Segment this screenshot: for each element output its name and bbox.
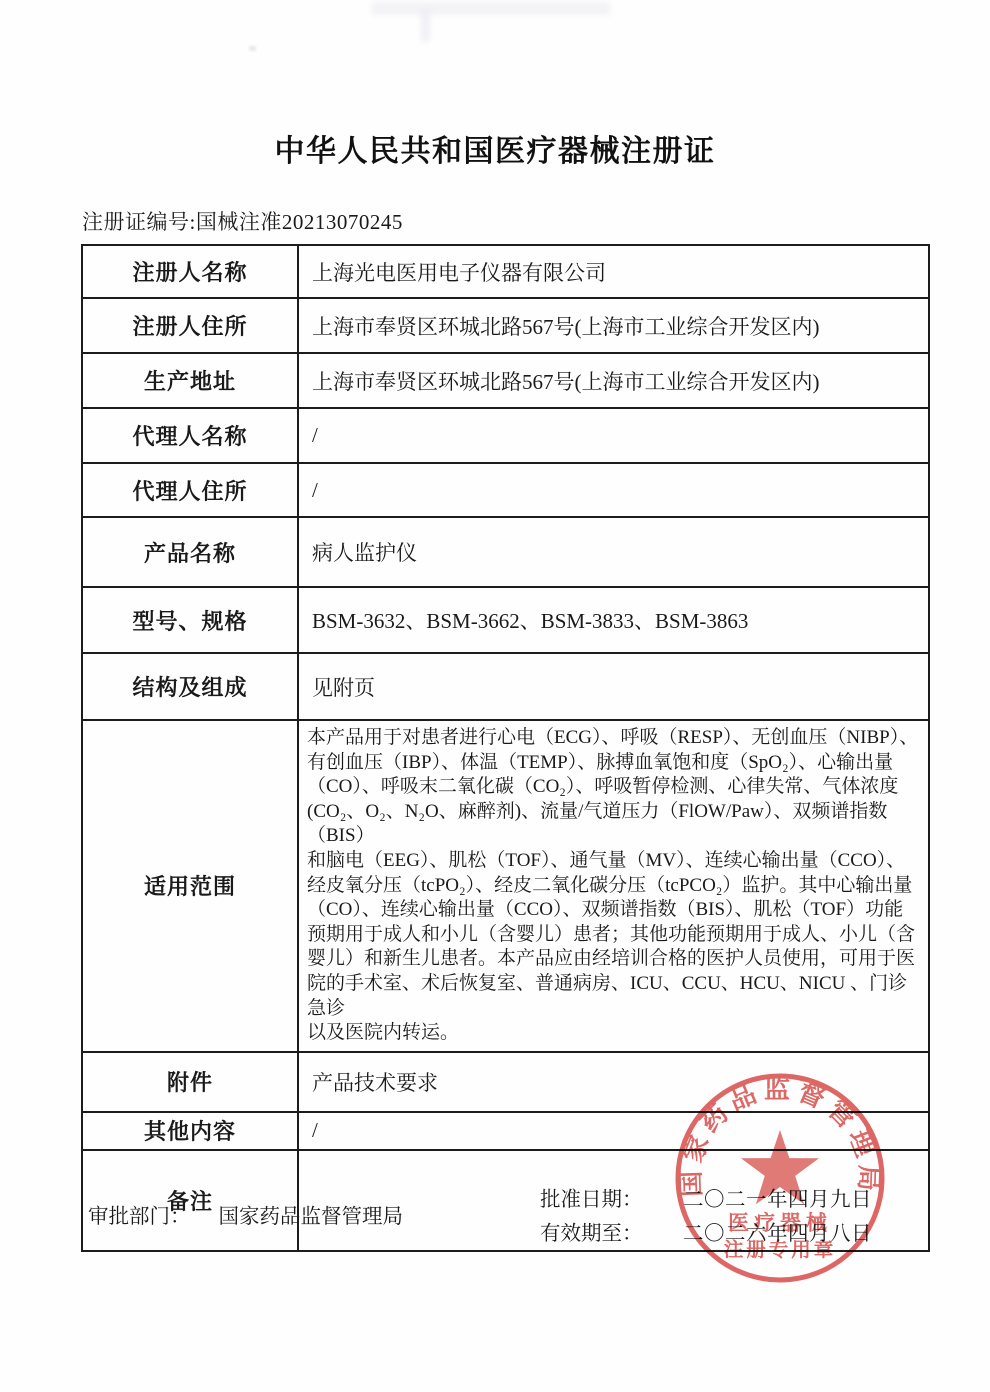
row-value-product-name: 病人监护仪 <box>298 517 929 587</box>
approval-date-label: 批准日期： <box>540 1182 683 1212</box>
row-value-agent-address: / <box>298 463 929 517</box>
approval-date: 批准日期： 二〇二一年四月九日 <box>540 1182 872 1212</box>
expiry-date-value: 二〇二六年四月八日 <box>683 1216 872 1246</box>
table-row: 附件 产品技术要求 <box>82 1052 929 1112</box>
row-label-attachment: 附件 <box>82 1052 298 1112</box>
row-value-registrant-address: 上海市奉贤区环城北路567号(上海市工业综合开发区内) <box>298 298 929 353</box>
table-row: 注册人名称 上海光电医用电子仪器有限公司 <box>82 245 929 298</box>
table-row: 型号、规格 BSM-3632、BSM-3662、BSM-3833、BSM-386… <box>82 587 929 653</box>
table-row: 产品名称 病人监护仪 <box>82 517 929 587</box>
row-value-agent-name: / <box>298 408 929 463</box>
certificate-page: 中华人民共和国医疗器械注册证 注册证编号:国械注准20213070245 注册人… <box>0 0 990 1392</box>
row-label-structure: 结构及组成 <box>82 653 298 720</box>
table-row: 生产地址 上海市奉贤区环城北路567号(上海市工业综合开发区内) <box>82 353 929 408</box>
row-label-registrant-address: 注册人住所 <box>82 298 298 353</box>
scan-artifact <box>249 46 256 51</box>
table-row: 代理人名称 / <box>82 408 929 463</box>
row-label-agent-address: 代理人住所 <box>82 463 298 517</box>
row-label-intended-use: 适用范围 <box>82 720 298 1052</box>
row-value-production-address: 上海市奉贤区环城北路567号(上海市工业综合开发区内) <box>298 353 929 408</box>
certificate-number: 注册证编号:国械注准20213070245 <box>82 206 403 236</box>
row-label-other-content: 其他内容 <box>82 1112 298 1150</box>
table-row: 适用范围 本产品用于对患者进行心电（ECG）、呼吸（RESP）、无创血压（NIB… <box>82 720 929 1052</box>
row-value-structure: 见附页 <box>298 653 929 720</box>
row-label-registrant-name: 注册人名称 <box>82 245 298 298</box>
row-value-registrant-name: 上海光电医用电子仪器有限公司 <box>298 245 929 298</box>
row-value-intended-use: 本产品用于对患者进行心电（ECG）、呼吸（RESP）、无创血压（NIBP）、 有… <box>298 720 929 1052</box>
row-label-model-spec: 型号、规格 <box>82 587 298 653</box>
expiry-date-label: 有效期至： <box>540 1216 683 1246</box>
row-label-agent-name: 代理人名称 <box>82 408 298 463</box>
approval-department-value: 国家药品监督管理局 <box>219 1199 404 1229</box>
table-row: 注册人住所 上海市奉贤区环城北路567号(上海市工业综合开发区内) <box>82 298 929 353</box>
row-label-production-address: 生产地址 <box>82 353 298 408</box>
row-value-other-content: / <box>298 1112 929 1150</box>
certificate-table: 注册人名称 上海光电医用电子仪器有限公司 注册人住所 上海市奉贤区环城北路567… <box>81 244 930 1252</box>
approval-date-value: 二〇二一年四月九日 <box>683 1182 872 1212</box>
page-title: 中华人民共和国医疗器械注册证 <box>0 126 990 170</box>
row-value-model-spec: BSM-3632、BSM-3662、BSM-3833、BSM-3863 <box>298 587 929 653</box>
table-row: 其他内容 / <box>82 1112 929 1150</box>
approval-department-label: 审批部门： <box>88 1199 191 1229</box>
row-value-attachment: 产品技术要求 <box>298 1052 929 1112</box>
approval-department: 审批部门： 国家药品监督管理局 <box>88 1199 403 1229</box>
table-row: 结构及组成 见附页 <box>82 653 929 720</box>
expiry-date: 有效期至： 二〇二六年四月八日 <box>540 1216 872 1246</box>
row-label-product-name: 产品名称 <box>82 517 298 587</box>
scan-artifact <box>372 2 610 15</box>
table-row: 代理人住所 / <box>82 463 929 517</box>
scan-artifact <box>421 10 430 42</box>
